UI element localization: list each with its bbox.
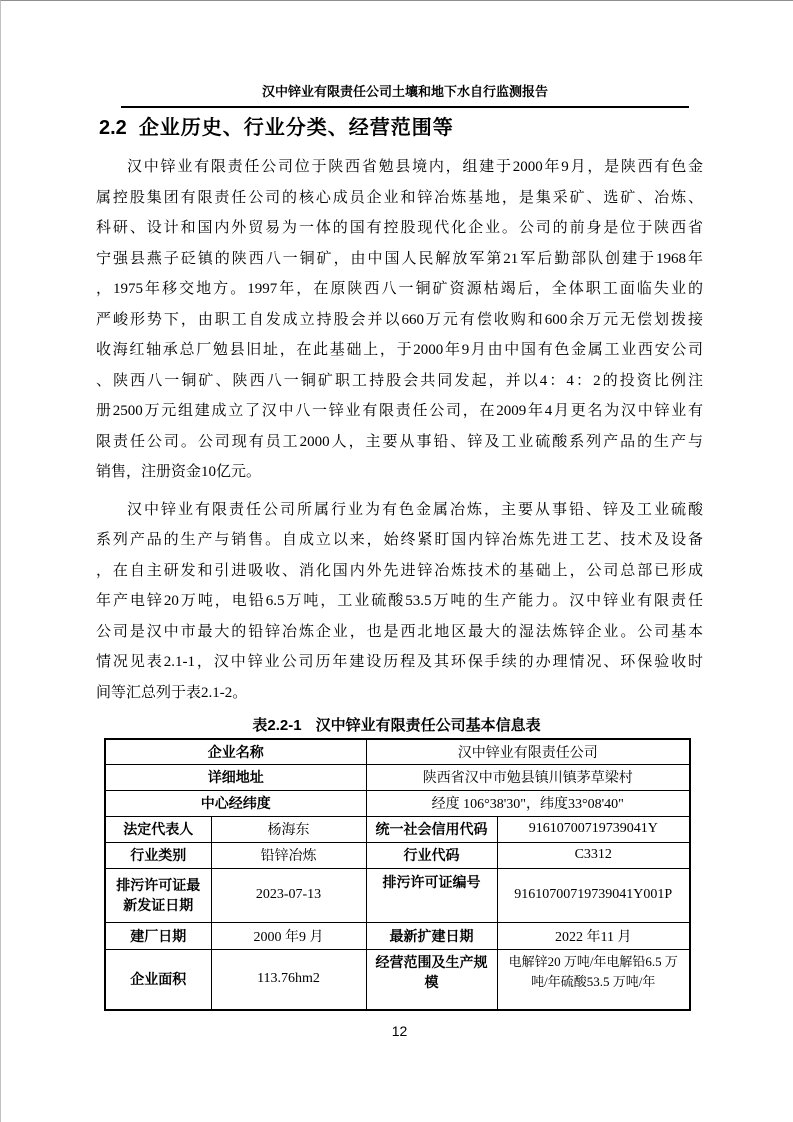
table-caption: 表2.2-1汉中锌业有限责任公司基本信息表 [104,714,689,735]
paragraph-line: 册2500万元组建成立了汉中八一锌业有限责任公司，在2009年4月更名为汉中锌业… [96,396,703,427]
table-row: 企业名称 汉中锌业有限责任公司 [105,739,690,764]
section-title: 企业历史、行业分类、经营范围等 [139,117,454,139]
cell-founded-date-value: 2000 年9 月 [211,922,366,949]
paragraph-line: 销售，注册资金10亿元。 [96,457,703,488]
cell-industry-code-label: 行业代码 [366,842,497,868]
cell-area-value: 113.76hm2 [211,949,366,1010]
table-caption-title: 汉中锌业有限责任公司基本信息表 [316,717,541,734]
paragraph-line: 公司是汉中市最大的铅锌冶炼企业，也是西北地区最大的湿法炼锌企业。公司基本 [96,617,703,648]
paragraph-line: 系列产品的生产与销售。自成立以来，始终紧盯国内锌冶炼先进工艺、技术及设备 [96,525,703,556]
paragraph-line: 宁强县燕子砭镇的陕西八一铜矿，由中国人民解放军第21军后勤部队创建于1968年 [96,244,703,275]
paragraph-line: 严峻形势下，由职工自发成立持股会并以660万元有偿收购和600余万元无偿划拨接 [96,305,703,336]
table-row: 排污许可证最新发证日期 2023-07-13 排污许可证编号 916107007… [105,868,690,922]
page-number: 12 [96,1023,703,1039]
paragraph-line: 年产电锌20万吨，电铅6.5万吨，工业硫酸53.5万吨的生产能力。汉中锌业有限责… [96,586,703,617]
cell-scope-label: 经营范围及生产规模 [366,949,497,1010]
cell-company-name-value: 汉中锌业有限责任公司 [366,739,690,764]
cell-coordinates-label: 中心经纬度 [105,790,366,816]
cell-permit-number-label: 排污许可证编号 [366,868,497,922]
cell-credit-code-label: 统一社会信用代码 [366,816,497,842]
cell-credit-code-value: 91610700719739041Y [497,816,690,842]
table-row: 中心经纬度 经度 106°38'30"，纬度33°08'40" [105,790,690,816]
cell-permit-number-value: 91610700719739041Y001P [497,868,690,922]
company-info-table: 企业名称 汉中锌业有限责任公司 详细地址 陕西省汉中市勉县镇川镇茅草梁村 中心经… [104,738,691,1011]
cell-legal-rep-value: 杨海东 [211,816,366,842]
cell-founded-date-label: 建厂日期 [105,922,211,949]
table-caption-label: 表2.2-1 [252,717,301,734]
table-row: 法定代表人 杨海东 统一社会信用代码 91610700719739041Y [105,816,690,842]
cell-area-label: 企业面积 [105,949,211,1010]
paragraph-line: 汉中锌业有限责任公司所属行业为有色金属冶炼，主要从事铅、锌及工业硫酸 [96,495,703,526]
section-heading: 2.2企业历史、行业分类、经营范围等 [99,111,454,140]
paragraph-1: 汉中锌业有限责任公司位于陕西省勉县境内，组建于2000年9月，是陕西有色金 属控… [96,152,703,488]
paragraph-line: 属控股集团有限责任公司的核心成员企业和锌冶炼基地，是集采矿、选矿、冶炼、 [96,183,703,214]
table-row: 企业面积 113.76hm2 经营范围及生产规模 电解锌20 万吨/年电解铅6.… [105,949,690,1010]
paragraph-2: 汉中锌业有限责任公司所属行业为有色金属冶炼，主要从事铅、锌及工业硫酸 系列产品的… [96,495,703,709]
cell-expansion-date-value: 2022 年11 月 [497,922,690,949]
table-row: 建厂日期 2000 年9 月 最新扩建日期 2022 年11 月 [105,922,690,949]
cell-coordinates-value: 经度 106°38'30"，纬度33°08'40" [366,790,690,816]
running-header: 汉中锌业有限责任公司土壤和地下水自行监测报告 [121,81,689,108]
paragraph-line: 、陕西八一铜矿、陕西八一铜矿职工持股会共同发起，并以4：4：2的投资比例注 [96,366,703,397]
cell-expansion-date-label: 最新扩建日期 [366,922,497,949]
body-text: 汉中锌业有限责任公司位于陕西省勉县境内，组建于2000年9月，是陕西有色金 属控… [96,152,703,708]
section-number: 2.2 [99,117,127,139]
cell-industry-type-value: 铅锌冶炼 [211,842,366,868]
paragraph-line: 限责任公司。公司现有员工2000人，主要从事铅、锌及工业硫酸系列产品的生产与 [96,427,703,458]
paragraph-line: 情况见表2.1-1，汉中锌业公司历年建设历程及其环保手续的办理情况、环保验收时 [96,647,703,678]
cell-address-label: 详细地址 [105,764,366,790]
cell-permit-date-label: 排污许可证最新发证日期 [105,868,211,922]
cell-industry-code-value: C3312 [497,842,690,868]
paragraph-line: 汉中锌业有限责任公司位于陕西省勉县境内，组建于2000年9月，是陕西有色金 [96,152,703,183]
table-row: 详细地址 陕西省汉中市勉县镇川镇茅草梁村 [105,764,690,790]
cell-industry-type-label: 行业类别 [105,842,211,868]
paragraph-line: 间等汇总列于表2.1-2。 [96,678,703,709]
document-page: 汉中锌业有限责任公司土壤和地下水自行监测报告 2.2企业历史、行业分类、经营范围… [0,0,793,1122]
cell-permit-date-value: 2023-07-13 [211,868,366,922]
running-header-title: 汉中锌业有限责任公司土壤和地下水自行监测报告 [262,84,548,99]
paragraph-line: ，在自主研发和引进吸收、消化国内外先进锌冶炼技术的基础上，公司总部已形成 [96,556,703,587]
cell-legal-rep-label: 法定代表人 [105,816,211,842]
cell-company-name-label: 企业名称 [105,739,366,764]
paragraph-line: ，1975年移交地方。1997年，在原陕西八一铜矿资源枯竭后，全体职工面临失业的 [96,274,703,305]
cell-scope-value: 电解锌20 万吨/年电解铅6.5 万吨/年硫酸53.5 万吨/年 [497,949,690,1010]
table-row: 行业类别 铅锌冶炼 行业代码 C3312 [105,842,690,868]
paragraph-line: 收海红轴承总厂勉县旧址，在此基础上，于2000年9月由中国有色金属工业西安公司 [96,335,703,366]
cell-address-value: 陕西省汉中市勉县镇川镇茅草梁村 [366,764,690,790]
paragraph-line: 科研、设计和国内外贸易为一体的国有控股现代化企业。公司的前身是位于陕西省 [96,213,703,244]
